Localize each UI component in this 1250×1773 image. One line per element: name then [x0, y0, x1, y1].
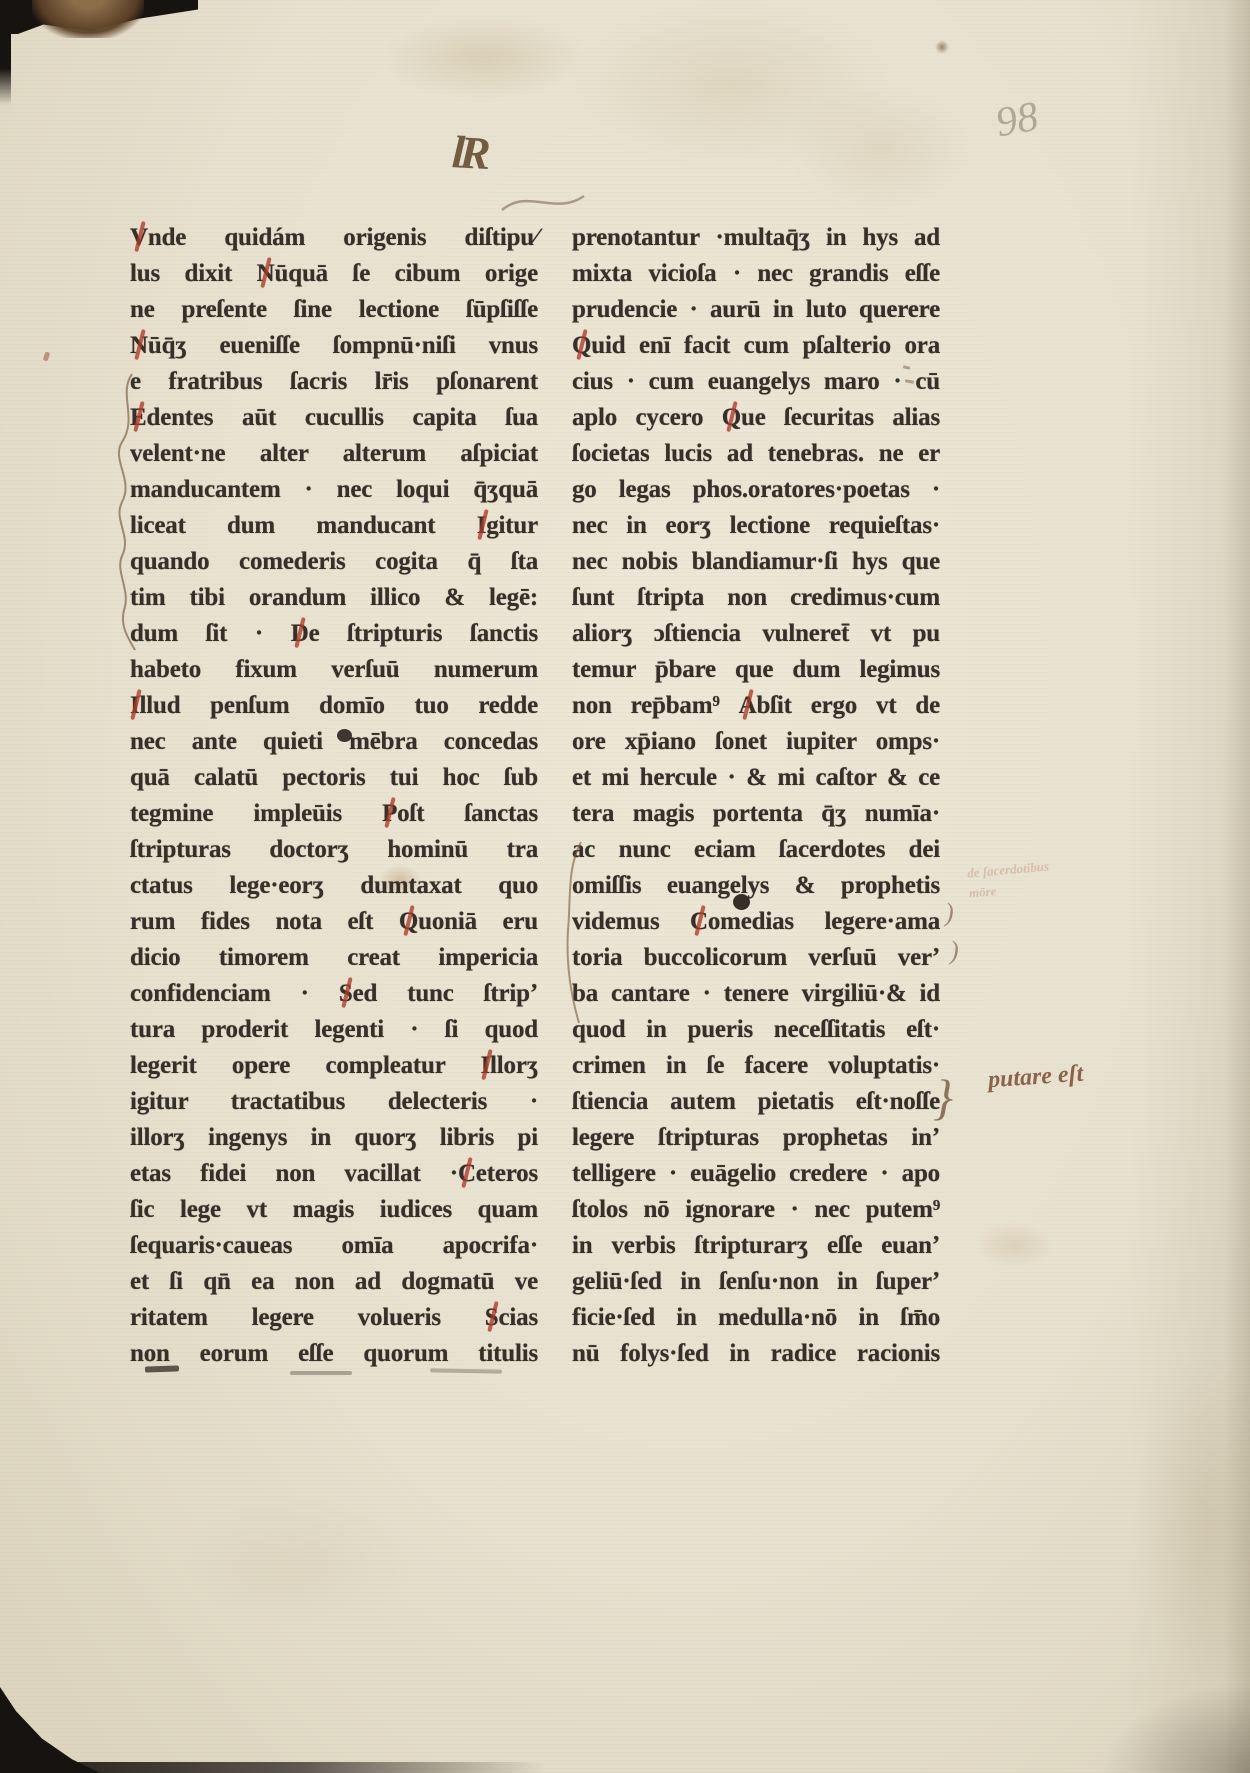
text-run: ſequaris·caueas omīa apocrifa·	[130, 1232, 538, 1259]
text-line: mixta vicioſa · nec grandis eſſe	[572, 256, 940, 292]
text-run: legere ſtripturas prophetas inʼ	[572, 1124, 940, 1151]
text-run: geliū·ſed in ſenſu·non in ſuperʼ	[572, 1268, 940, 1295]
text-run: habeto fixum verſuū numerum	[130, 656, 538, 683]
text-line: velent·ne alter alterum aſpiciat	[130, 436, 538, 472]
text-run: dicio timorem creat impericia	[130, 944, 538, 971]
text-run: prudencie · aurū in luto querere	[572, 296, 940, 323]
text-run: toria buccolicorum verſuū verʼ	[572, 944, 940, 971]
text-line: lus dixit Nūquā ſe cibum orige	[130, 256, 538, 292]
text-run: confidenciam ·	[130, 980, 339, 1007]
text-line: ſic lege vt magis iudices quam	[130, 1192, 538, 1228]
text-run: ūq̄ʒ eueniſſe ſompnū·niſi vnus	[148, 332, 538, 359]
text-run: non rep̄bam⁹	[572, 692, 739, 719]
text-run: ſtripturas doctorʒ hominū tra	[130, 836, 538, 863]
text-run: omedias legere·ama	[708, 908, 940, 935]
ink-smudge	[290, 1371, 352, 1375]
text-line: legerit opere compleatur Illorʒ	[130, 1048, 538, 1084]
text-line: liceat dum manducant Igitur	[130, 508, 538, 544]
text-run: quā calatū pectoris tui hoc ſub	[130, 764, 538, 791]
text-column-right: prenotantur ·multaq̄ʒ in hys admixta vic…	[572, 220, 940, 1372]
text-run: oſt ſanctas	[397, 800, 538, 827]
text-line: ſtolos nō ignorare · nec putem⁹	[572, 1192, 940, 1228]
text-line: nec in eorʒ lectione requieſtas·	[572, 508, 940, 544]
text-line: illorʒ ingenys in quorʒ libris pi	[130, 1120, 538, 1156]
text-run: videmus	[572, 908, 690, 935]
text-run: tera magis portenta q̄ʒ numīa·	[572, 800, 940, 827]
text-run: lus dixit	[130, 260, 257, 287]
rubricated-initial: S	[485, 1300, 499, 1336]
text-run: cius · cum euangelys maro · cū	[572, 368, 940, 395]
rubricated-initial: Q	[572, 328, 591, 364]
text-run: prenotantur ·multaq̄ʒ in hys ad	[572, 224, 940, 251]
binding-edge-left	[0, 0, 11, 105]
text-run: nde quidám origenis diſtipu∕	[148, 224, 538, 251]
text-run: eteros	[476, 1160, 538, 1187]
text-run: aplo cycero	[572, 404, 722, 431]
text-line: tegmine impleūis Poſt ſanctas	[130, 796, 538, 832]
text-line: non rep̄bam⁹ Abſit ergo vt de	[572, 688, 940, 724]
text-line: in verbis ſtripturarʒ eſſe euanʼ	[572, 1228, 940, 1264]
text-run: legerit opere compleatur	[130, 1052, 481, 1079]
rubricated-initial: S	[339, 976, 353, 1012]
text-line: quod in pueris neceſſitatis eſt·	[572, 1012, 940, 1048]
text-run: etas fidei non vacillat ·	[130, 1160, 458, 1187]
text-run: crimen in ſe facere voluptatis·	[572, 1052, 940, 1079]
text-line: ba cantare · tenere virgiliū·& id	[572, 976, 940, 1012]
text-run: ac nunc eciam ſacerdotes dei	[572, 836, 940, 863]
text-run: llorʒ	[490, 1052, 538, 1079]
page-shadow-bottom-right	[1100, 1683, 1250, 1773]
text-line: cius · cum euangelys maro · cū	[572, 364, 940, 400]
folio-number: 98	[992, 93, 1042, 148]
text-run: ūquā ſe cibum orige	[275, 260, 538, 287]
marginal-brace: }	[933, 1068, 953, 1126]
text-run: omiſſis euangelys & prophetis	[572, 872, 940, 899]
text-run: dum ſit ·	[130, 620, 291, 647]
text-run: ſtiencia autem pietatis eſt·noſſe	[572, 1088, 940, 1115]
text-line: ſequaris·caueas omīa apocrifa·	[130, 1228, 538, 1264]
text-line: legere ſtripturas prophetas inʼ	[572, 1120, 940, 1156]
text-run: cias	[499, 1304, 538, 1331]
text-line: ne preſente ſine lectione ſūpſiſſe	[130, 292, 538, 328]
text-run: ſunt ſtripta non credimus·cum	[572, 584, 940, 611]
text-line: ore xp̄iano ſonet iupiter omps·	[572, 724, 940, 760]
text-line: nec nobis blandiamur·ſi hys que	[572, 544, 940, 580]
text-line: aplo cycero Que ſecuritas alias	[572, 400, 940, 436]
text-line: manducantem · nec loqui q̄ʒquā	[130, 472, 538, 508]
text-line: confidenciam · Sed tunc ſtripʼ	[130, 976, 538, 1012]
red-ink-fleck	[43, 351, 51, 361]
binding-edge-bottom	[0, 1762, 545, 1773]
text-run: aliorʒ ɔſtiencia vulneret̄ vt pu	[572, 620, 940, 647]
text-run: nec nobis blandiamur·ſi hys que	[572, 548, 940, 575]
text-line: rum fides nota eſt Quoniā eru	[130, 904, 538, 940]
text-run: velent·ne alter alterum aſpiciat	[130, 440, 538, 467]
text-line: Illud penſum domīo tuo redde	[130, 688, 538, 724]
page-curvature-shading	[1130, 0, 1250, 1773]
text-run: manducantem · nec loqui q̄ʒquā	[130, 476, 538, 503]
ink-smudge	[430, 1368, 502, 1373]
text-run: rum fides nota eſt	[130, 908, 399, 935]
text-line: et ſi qn̄ ea non ad dogmatū ve	[130, 1264, 538, 1300]
text-run: temur p̄bare que dum legimus	[572, 656, 940, 683]
rubricated-initial: Q	[399, 904, 418, 940]
text-line: omiſſis euangelys & prophetis	[572, 868, 940, 904]
text-run: uid enī facit cum pſalterio ora	[591, 332, 940, 359]
text-line: igitur tractatibus delecteris ·	[130, 1084, 538, 1120]
text-run: e fratribus ſacris lr̄is pſonarent	[130, 368, 538, 395]
binding-edge-bottom-left	[0, 1687, 100, 1773]
text-run: ne preſente ſine lectione ſūpſiſſe	[130, 296, 538, 323]
text-line: Vnde quidám origenis diſtipu∕	[130, 220, 538, 256]
text-line: dicio timorem creat impericia	[130, 940, 538, 976]
text-line: habeto fixum verſuū numerum	[130, 652, 538, 688]
text-line: et mi hercule · & mi caſtor & ce	[572, 760, 940, 796]
text-run: igitur tractatibus delecteris ·	[130, 1088, 538, 1115]
binding-gutter	[0, 0, 120, 1773]
rubricated-initial: N	[257, 256, 275, 292]
text-line: Edentes aūt cucullis capita ſua	[130, 400, 538, 436]
text-line: Quid enī facit cum pſalterio ora	[572, 328, 940, 364]
text-column-left: Vnde quidám origenis diſtipu∕lus dixit N…	[130, 220, 538, 1372]
margin-bracket-right-column	[562, 840, 586, 1025]
text-run: nū folys·ſed in radice racionis	[572, 1340, 940, 1367]
ink-smudge	[145, 1365, 179, 1372]
text-run: quod in pueris neceſſitatis eſt·	[572, 1016, 940, 1043]
curled-page-corner	[32, 0, 144, 38]
text-line: dum ſit · De ſtripturis ſanctis	[130, 616, 538, 652]
text-run: dentes aūt cucullis capita ſua	[146, 404, 538, 431]
text-line: ac nunc eciam ſacerdotes dei	[572, 832, 940, 868]
text-run: ſtolos nō ignorare · nec putem⁹	[572, 1196, 940, 1223]
binding-edge-top-left	[0, 0, 198, 34]
text-line: prudencie · aurū in luto querere	[572, 292, 940, 328]
text-line: temur p̄bare que dum legimus	[572, 652, 940, 688]
text-run: et ſi qn̄ ea non ad dogmatū ve	[130, 1268, 538, 1295]
text-run: go legas phos.oratores·poetas ·	[572, 476, 940, 503]
text-line: aliorʒ ɔſtiencia vulneret̄ vt pu	[572, 616, 940, 652]
quire-mark: lR	[451, 125, 487, 180]
rubricated-initial: I	[130, 688, 140, 724]
text-line: nec ante quieti mēbra concedas	[130, 724, 538, 760]
text-line: prenotantur ·multaq̄ʒ in hys ad	[572, 220, 940, 256]
text-run: llud penſum domīo tuo redde	[140, 692, 538, 719]
rubricated-initial: D	[291, 616, 309, 652]
margin-bracket-left	[112, 372, 140, 652]
text-run: ed tunc ſtripʼ	[353, 980, 538, 1007]
quire-mark-flourish	[500, 186, 586, 218]
text-line: crimen in ſe facere voluptatis·	[572, 1048, 940, 1084]
ink-blot	[733, 894, 750, 910]
text-line: telligere · euāgelio credere · apo	[572, 1156, 940, 1192]
text-run: ficie·ſed in medulla·nō in ſm̄o	[572, 1304, 940, 1331]
rubricated-initial: A	[739, 688, 757, 724]
marginal-paren-mark: )	[950, 936, 959, 966]
text-line: e fratribus ſacris lr̄is pſonarent	[130, 364, 538, 400]
text-line: quā calatū pectoris tui hoc ſub	[130, 760, 538, 796]
rubricated-initial: I	[477, 508, 487, 544]
text-run: ſic lege vt magis iudices quam	[130, 1196, 538, 1223]
text-line: ſocietas lucis ad tenebras. ne er	[572, 436, 940, 472]
text-line: ſtiencia autem pietatis eſt·noſſe	[572, 1084, 940, 1120]
rubricated-initial: Q	[722, 400, 741, 436]
text-run: e ſtripturis ſanctis	[309, 620, 538, 647]
manuscript-page: lR 98 Vnde quidám origenis diſtipu∕lus d…	[0, 0, 1250, 1773]
text-line: ſunt ſtripta non credimus·cum	[572, 580, 940, 616]
text-run: illorʒ ingenys in quorʒ libris pi	[130, 1124, 538, 1151]
text-run: ſocietas lucis ad tenebras. ne er	[572, 440, 940, 467]
rubricated-initial: C	[458, 1156, 476, 1192]
text-run: mixta vicioſa · nec grandis eſſe	[572, 260, 940, 287]
text-line: go legas phos.oratores·poetas ·	[572, 472, 940, 508]
rubricated-initial: P	[382, 796, 397, 832]
text-line: ficie·ſed in medulla·nō in ſm̄o	[572, 1300, 940, 1336]
text-line: videmus Comedias legere·ama	[572, 904, 940, 940]
text-line: etas fidei non vacillat ·Ceteros	[130, 1156, 538, 1192]
marginal-paren-mark: )	[945, 898, 954, 928]
text-line: toria buccolicorum verſuū verʼ	[572, 940, 940, 976]
text-run: tim tibi orandum illico & legē:	[130, 584, 538, 611]
ink-blot	[337, 729, 352, 742]
text-line: nū folys·ſed in radice racionis	[572, 1336, 940, 1372]
faint-red-marginal-note: de ſacerdotibus mōre	[966, 857, 1051, 904]
text-line: quando comederis cogita q̄ ſta	[130, 544, 538, 580]
text-run: nec ante quieti mēbra concedas	[130, 728, 538, 755]
text-run: non eorum eſſe quorum titulis	[130, 1340, 538, 1367]
text-run: quando comederis cogita q̄ ſta	[130, 548, 538, 575]
text-run: ue ſecuritas alias	[741, 404, 940, 431]
text-run: tegmine impleūis	[130, 800, 382, 827]
marginal-gloss: putare eſt	[987, 1061, 1084, 1095]
text-line: ritatem legere volueris Scias	[130, 1300, 538, 1336]
text-run: ctatus lege·eorʒ dumtaxat quo	[130, 872, 538, 899]
text-line: ſtripturas doctorʒ hominū tra	[130, 832, 538, 868]
text-run: liceat dum manducant	[130, 512, 477, 539]
text-run: telligere · euāgelio credere · apo	[572, 1160, 940, 1187]
text-line: tera magis portenta q̄ʒ numīa·	[572, 796, 940, 832]
text-line: ctatus lege·eorʒ dumtaxat quo	[130, 868, 538, 904]
text-line: Nūq̄ʒ eueniſſe ſompnū·niſi vnus	[130, 328, 538, 364]
text-run: in verbis ſtripturarʒ eſſe euanʼ	[572, 1232, 940, 1259]
text-line: geliū·ſed in ſenſu·non in ſuperʼ	[572, 1264, 940, 1300]
rubricated-initial: I	[481, 1048, 491, 1084]
text-run: et mi hercule · & mi caſtor & ce	[572, 764, 940, 791]
rubricated-initial: V	[130, 220, 148, 256]
text-line: tim tibi orandum illico & legē:	[130, 580, 538, 616]
rubricated-initial: C	[690, 904, 708, 940]
text-run: gitur	[486, 512, 538, 539]
text-run: ritatem legere volueris	[130, 1304, 485, 1331]
text-run: ba cantare · tenere virgiliū·& id	[572, 980, 940, 1007]
text-run: nec in eorʒ lectione requieſtas·	[572, 512, 940, 539]
text-run: tura proderit legenti · ſi quod	[130, 1016, 538, 1043]
text-run: bſit ergo vt de	[756, 692, 940, 719]
text-run: uoniā eru	[418, 908, 538, 935]
text-run: ore xp̄iano ſonet iupiter omps·	[572, 728, 940, 755]
text-line: non eorum eſſe quorum titulis	[130, 1336, 538, 1372]
rubricated-initial: N	[130, 328, 148, 364]
text-line: tura proderit legenti · ſi quod	[130, 1012, 538, 1048]
